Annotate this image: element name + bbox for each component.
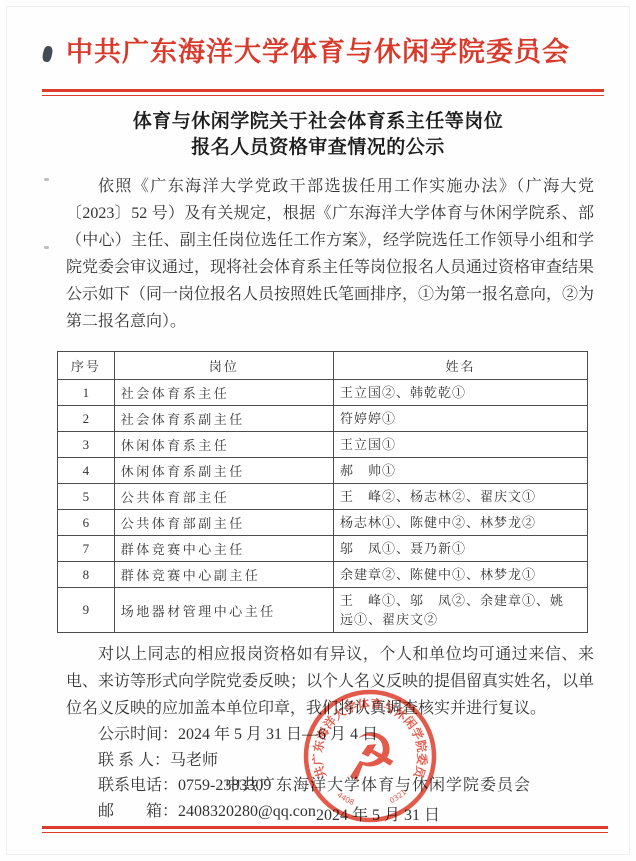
document-title-line1: 体育与休闲学院关于社会体育系主任等岗位 <box>0 109 636 135</box>
row-position: 公共体育部主任 <box>114 484 333 510</box>
contact-person-line: 联 系 人：马老师 <box>66 748 594 774</box>
column-header-names: 姓名 <box>333 352 587 380</box>
row-number: 6 <box>58 510 115 536</box>
row-number: 1 <box>58 380 115 406</box>
row-number: 9 <box>58 588 115 633</box>
table-row: 2 社会体育系副主任 符婷婷① <box>58 406 588 432</box>
document-body: 依照《广东海洋大学党政干部选拔任用工作实施办法》（广海大党〔2023〕52 号）… <box>0 173 636 824</box>
row-number: 3 <box>58 432 115 458</box>
row-names: 邬 凤①、聂乃新① <box>333 536 587 562</box>
objection-paragraph: 对以上同志的相应报岗资格如有异议，个人和单位均可通过来信、来电、来访等形式向学院… <box>66 641 594 722</box>
footer-divider <box>42 826 608 833</box>
table-row: 7 群体竞赛中心主任 邬 凤①、聂乃新① <box>58 536 588 562</box>
row-names: 郝 帅① <box>333 458 587 484</box>
contact-person-value: 马老师 <box>170 752 218 769</box>
row-number: 8 <box>58 562 115 588</box>
signature-committee: 中共广东海洋大学体育与休闲学院委员会 <box>120 774 636 798</box>
row-position: 场地器材管理中心主任 <box>114 588 333 633</box>
column-header-number: 序号 <box>58 352 115 380</box>
table-row: 9 场地器材管理中心主任 王 峰①、邬 凤②、余建章①、姚 远①、翟庆文② <box>58 588 588 633</box>
publicity-period-line: 公示时间：2024 年 5 月 31 日—6 月 4 日 <box>66 722 594 748</box>
row-number: 4 <box>58 458 115 484</box>
table-row: 5 公共体育部主任 王 峰②、杨志林②、翟庆文① <box>58 484 588 510</box>
table-row: 1 社会体育系主任 王立国②、韩乾乾① <box>58 380 588 406</box>
table-row: 3 休闲体育系主任 王立国① <box>58 432 588 458</box>
row-number: 2 <box>58 406 115 432</box>
intro-paragraph: 依照《广东海洋大学党政干部选拔任用工作实施办法》（广海大党〔2023〕52 号）… <box>66 173 594 335</box>
signature-date: 2024 年 5 月 31 日 <box>120 804 636 828</box>
row-position: 公共体育部副主任 <box>114 510 333 536</box>
contact-person-label: 联 系 人： <box>98 752 170 769</box>
row-position: 社会体育系副主任 <box>114 406 333 432</box>
header-divider <box>42 89 604 96</box>
row-names: 王立国① <box>333 432 587 458</box>
ink-speck <box>44 246 49 249</box>
signature-block: 中共广东海洋大学体育与休闲学院委员会 2024 年 5 月 31 日 <box>120 774 636 828</box>
row-position: 群体竞赛中心主任 <box>114 536 333 562</box>
publicity-period-label: 公示时间： <box>98 726 178 743</box>
row-number: 5 <box>58 484 115 510</box>
row-names: 王立国②、韩乾乾① <box>333 380 587 406</box>
document-title: 体育与休闲学院关于社会体育系主任等岗位 报名人员资格审查情况的公示 <box>0 109 636 161</box>
document-title-line2: 报名人员资格审查情况的公示 <box>0 135 636 161</box>
row-names: 王 峰②、杨志林②、翟庆文① <box>333 484 587 510</box>
document-page: 中共广东海洋大学体育与休闲学院委员会 体育与休闲学院关于社会体育系主任等岗位 报… <box>0 0 636 861</box>
row-number: 7 <box>58 536 115 562</box>
row-names: 杨志林①、陈健中②、林梦龙② <box>333 510 587 536</box>
table-row: 8 群体竞赛中心副主任 余建章②、陈健中①、林梦龙① <box>58 562 588 588</box>
table-row: 6 公共体育部副主任 杨志林①、陈健中②、林梦龙② <box>58 510 588 536</box>
publicity-period-value: 2024 年 5 月 31 日—6 月 4 日 <box>178 726 378 743</box>
table-row: 4 休闲体育系副主任 郝 帅① <box>58 458 588 484</box>
row-names: 符婷婷① <box>333 406 587 432</box>
row-position: 休闲体育系副主任 <box>114 458 333 484</box>
row-position: 休闲体育系主任 <box>114 432 333 458</box>
row-names: 王 峰①、邬 凤②、余建章①、姚 远①、翟庆文② <box>333 588 587 633</box>
applicant-table: 序号 岗位 姓名 1 社会体育系主任 王立国②、韩乾乾① 2 社会体育系副主任 … <box>57 351 588 633</box>
row-names: 余建章②、陈健中①、林梦龙① <box>333 562 587 588</box>
row-position: 群体竞赛中心副主任 <box>114 562 333 588</box>
column-header-position: 岗位 <box>114 352 333 380</box>
organization-title: 中共广东海洋大学体育与休闲学院委员会 <box>0 30 636 69</box>
row-position: 社会体育系主任 <box>114 380 333 406</box>
ink-speck <box>44 178 49 181</box>
table-header-row: 序号 岗位 姓名 <box>58 352 588 380</box>
